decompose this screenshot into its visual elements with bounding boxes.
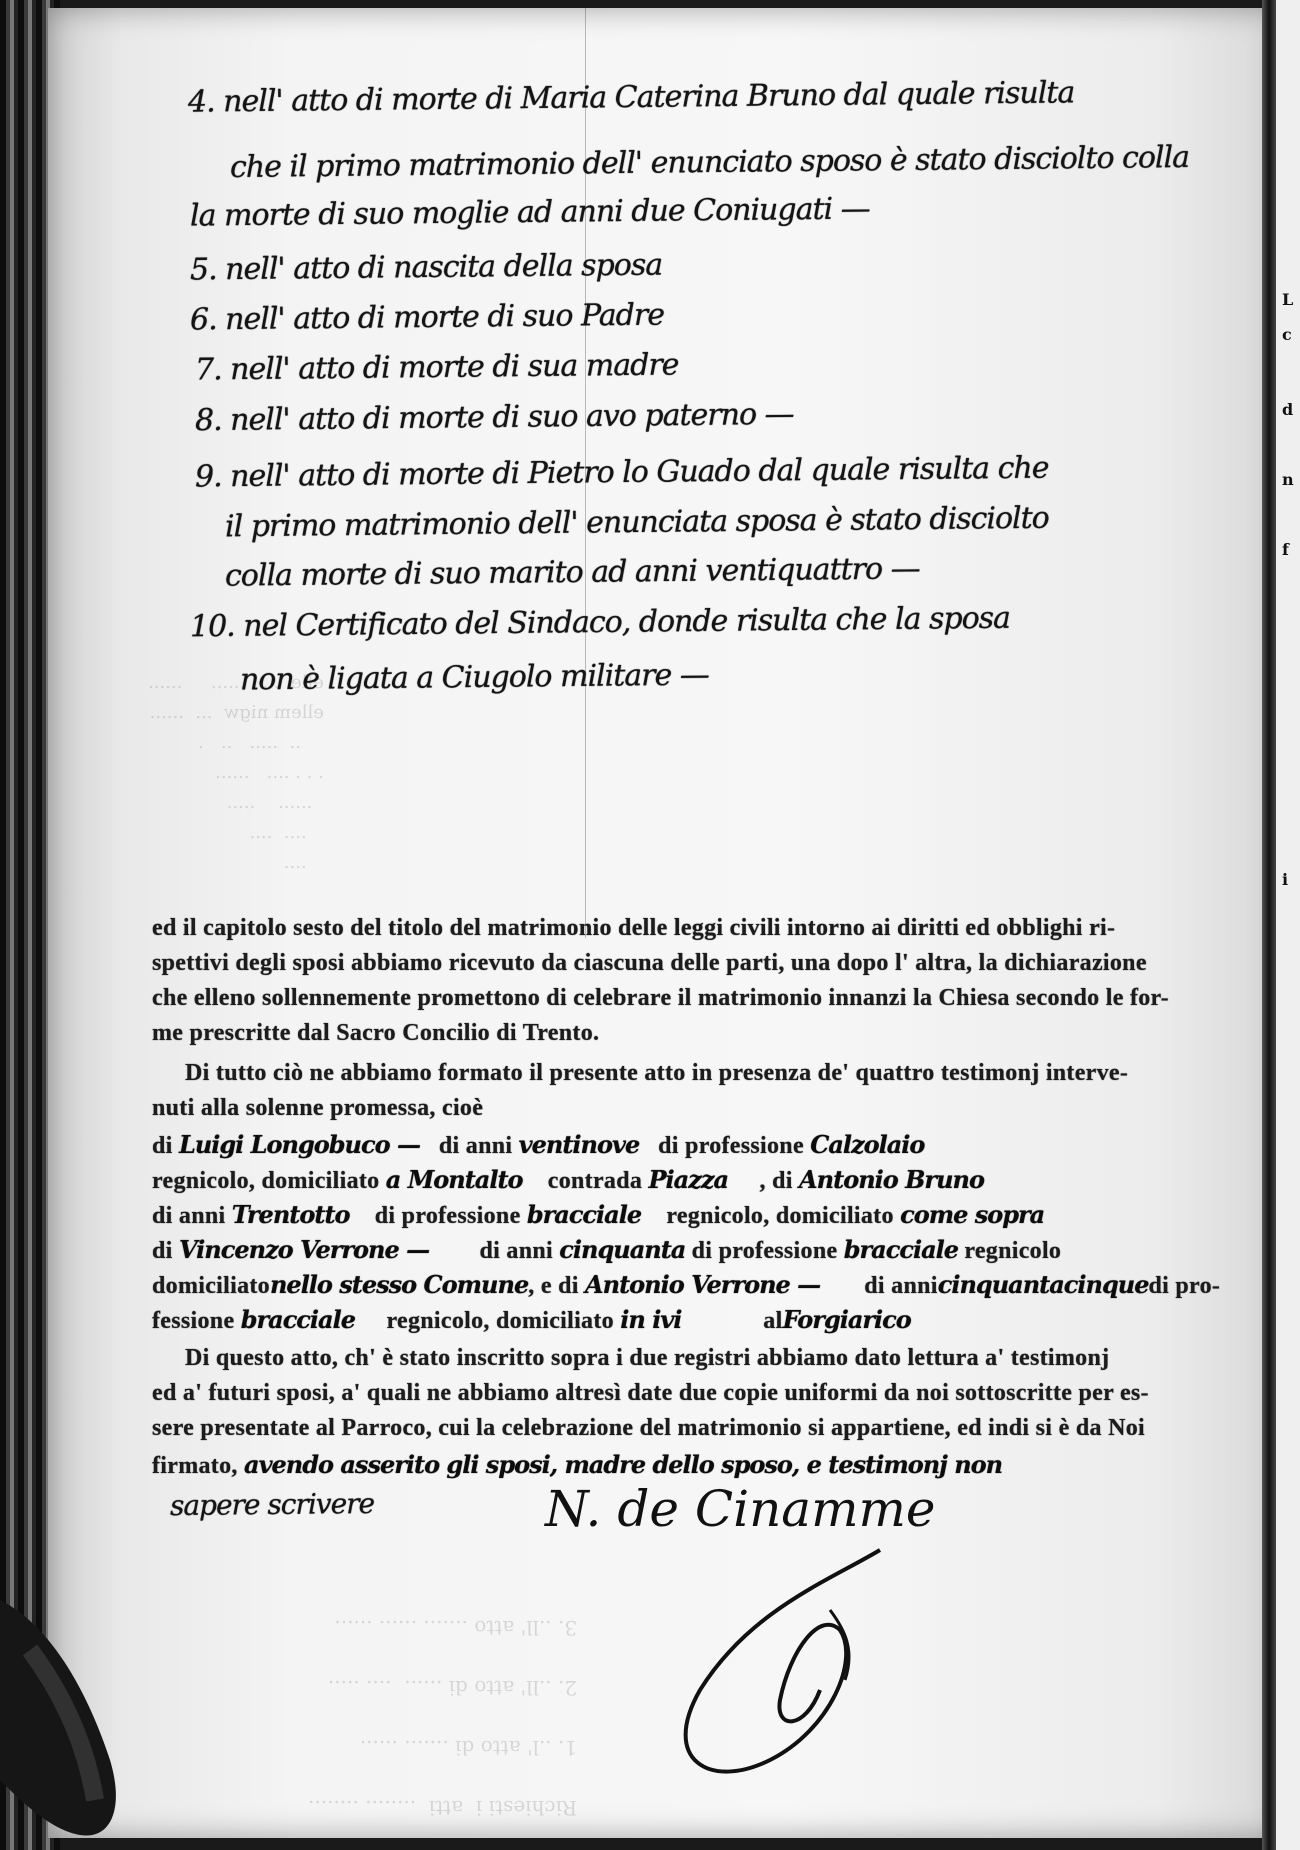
closing-handwritten-note: avendo asserito gli sposi, madre dello s… — [244, 1450, 1002, 1479]
margin-letter: i — [1282, 870, 1288, 889]
printed-line: nuti alla solenne promessa, cioè — [152, 1095, 1272, 1122]
witness-line-6: fessione bracciale regnicolo, domiciliat… — [152, 1305, 1272, 1335]
handwritten-line: non è ligata a Ciugolo militare — — [240, 658, 709, 698]
witness-profession: bracciale — [527, 1200, 641, 1229]
printed-line: ed a' futuri sposi, a' quali ne abbiamo … — [152, 1380, 1272, 1407]
witness-line-1: di Luigi Longobuco — di anni ventinove d… — [152, 1130, 1272, 1160]
margin-letter: L — [1282, 290, 1293, 309]
witness-place: come sopra — [900, 1200, 1044, 1229]
witness-place: a Montalto — [386, 1165, 523, 1194]
signature-flourish — [630, 1540, 910, 1800]
margin-letter: d — [1282, 400, 1293, 419]
witness-place: in ivi — [620, 1305, 681, 1334]
printed-line: firmato, avendo asserito gli sposi, madr… — [152, 1450, 1272, 1480]
witness-name: Vincenzo Verrone — — [179, 1235, 429, 1264]
handwritten-line: 7. nell' atto di morte di sua madre — [195, 347, 679, 387]
printed-line: Di tutto ciò ne abbiamo formato il prese… — [185, 1060, 1300, 1087]
printed-line: me prescritte dal Sacro Concilio di Tren… — [152, 1020, 1272, 1047]
witness-street: Forgiarico — [783, 1305, 911, 1334]
witness-profession: bracciale — [241, 1305, 355, 1334]
witness-age: ventinove — [519, 1130, 640, 1159]
handwritten-line: la morte di suo moglie ad anni due Coniu… — [190, 191, 870, 233]
witness-profession: bracciale — [844, 1235, 958, 1264]
officer-signature: N. de Cinamme — [545, 1480, 936, 1538]
witness-line-4: di Vincenzo Verrone — di anni cinquanta … — [152, 1235, 1272, 1265]
thumb-holding-page — [0, 1500, 300, 1850]
printed-line: spettivi degli sposi abbiamo ricevuto da… — [152, 950, 1272, 977]
handwritten-line: 8. nell' atto di morte di suo avo patern… — [195, 397, 794, 438]
printed-line: che elleno sollennemente promettono di c… — [152, 985, 1272, 1012]
witness-name: Antonio Verrone — — [585, 1270, 820, 1299]
witness-place: nello stesso Comune — [270, 1270, 528, 1299]
witness-age: Trentotto — [232, 1200, 350, 1229]
bleed-through-text: elle ... ...... ...... ellem nigw ... ..… — [148, 668, 324, 878]
witness-line-2: regnicolo, domiciliato a Montalto contra… — [152, 1165, 1272, 1195]
handwritten-line: 6. nell' atto di morte di suo Padre — [190, 298, 664, 338]
book-fold-right — [1262, 0, 1276, 1850]
printed-line: ed il capitolo sesto del titolo del matr… — [152, 915, 1272, 942]
margin-letter: c — [1282, 325, 1292, 344]
printed-line: sere presentate al Parroco, cui la celeb… — [152, 1415, 1272, 1442]
witness-street: Piazza — [648, 1165, 728, 1194]
next-page-edge: L c d n f i — [1276, 0, 1300, 1850]
margin-letter: n — [1282, 470, 1294, 489]
witness-age: cinquantacinque — [938, 1270, 1149, 1299]
witness-name: Antonio Bruno — [799, 1165, 984, 1194]
witness-profession: Calzolaio — [810, 1130, 924, 1159]
handwritten-line: colla morte di suo marito ad anni ventiq… — [225, 551, 920, 593]
bleed-through-text-lower: Richiesti i atti ........ ........ 1. ..… — [308, 1598, 577, 1838]
witness-age: cinquanta — [559, 1235, 685, 1264]
witness-line-3: di anni Trentotto di professione braccia… — [152, 1200, 1272, 1230]
witness-line-5: domiciliatonello stesso Comune, e di Ant… — [152, 1270, 1272, 1300]
margin-letter: f — [1282, 540, 1289, 559]
handwritten-line: 5. nell' atto di nascita della sposa — [190, 248, 662, 288]
printed-line: Di questo atto, ch' è stato inscritto so… — [185, 1345, 1300, 1372]
witness-name: Luigi Longobuco — — [179, 1130, 420, 1159]
